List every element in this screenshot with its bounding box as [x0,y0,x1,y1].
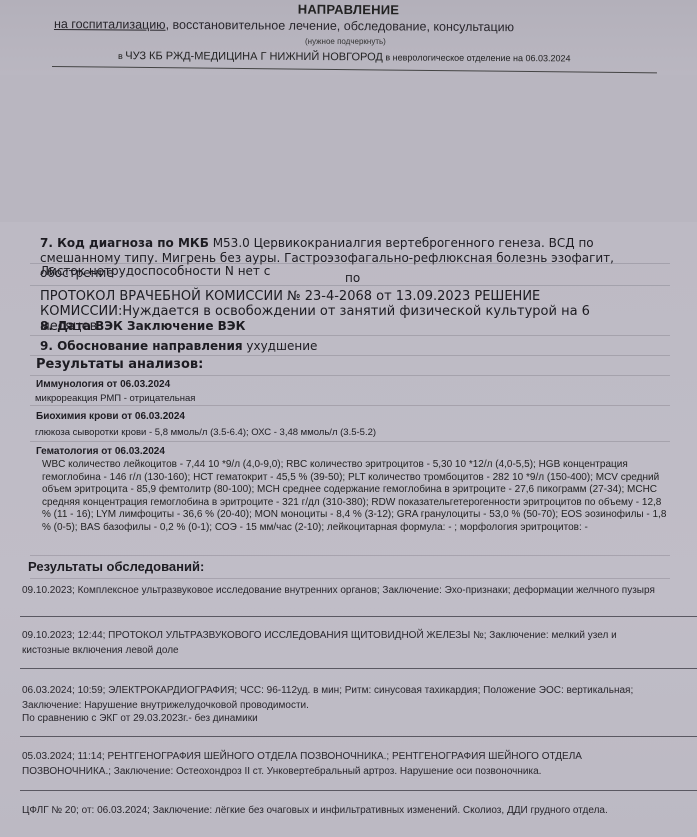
hematology-text: WBC количество лейкоцитов - 7,44 10 *9/л… [42,459,667,534]
hematology-title: Гематология от 06.03.2024 [36,446,165,457]
sick-leave-label: Листок нетрудоспособности N нет с [40,264,270,278]
exam-ecg: 06.03.2024; 10:59; ЭЛЕКТРОКАРДИОГРАФИЯ; … [22,683,662,713]
sick-leave-to: по [345,271,360,285]
biochemistry-title: Биохимия крови от 06.03.2024 [36,411,185,422]
analyses-heading: Результаты анализов: [36,357,203,372]
divider [30,335,670,336]
section-9-reason: 9. Обоснование направления ухудшение [40,339,317,353]
sick-leave: Листок нетрудоспособности N нет спо [40,264,270,278]
redacted-area [20,76,680,221]
purpose-rest: , восстановительное лечение, обследовани… [166,18,515,34]
exam-ecg-comparison: По сравнению с ЭКГ от 29.03.2023г.- без … [22,711,662,726]
header-area: НАПРАВЛЕНИЕ на госпитализацию, восстанов… [0,0,697,75]
divider [30,375,670,376]
destination: в ЧУЗ КБ РЖД-МЕДИЦИНА Г НИЖНИЙ НОВГОРОД … [118,50,571,64]
section-7-label: 7. Код диагноза по МКБ [40,236,209,250]
exam-fluorography: ЦФЛГ № 20; от: 06.03.2024; Заключение: л… [22,803,662,818]
divider [30,555,670,556]
immunology-text: микрореакция РМП - отрицательная [35,393,195,404]
divider [20,616,697,617]
section-9-value: ухудшение [243,339,318,353]
divider [30,355,670,356]
exam-ultrasound-thyroid: 09.10.2023; 12:44; ПРОТОКОЛ УЛЬТРАЗВУКОВ… [22,628,662,658]
biochemistry-text: глюкоза сыворотки крови - 5,8 ммоль/л (3… [35,427,376,438]
divider [20,668,697,669]
examinations-heading: Результаты обследований: [28,559,204,574]
divider [20,790,697,791]
divider [30,578,670,579]
purpose-underlined: на госпитализацию [54,17,166,32]
divider [30,285,670,286]
divider [52,66,657,73]
section-8-vek: 8. Дата ВЭК Заключение ВЭК [40,319,245,333]
exam-xray-cervical: 05.03.2024; 11:14; РЕНТГЕНОГРАФИЯ ШЕЙНОГ… [22,749,662,779]
exam-ultrasound-organs: 09.10.2023; Комплексное ультразвуковое и… [22,583,662,598]
divider [20,736,697,737]
divider [30,441,670,442]
side-barcode-text [669,225,677,285]
destination-org: ЧУЗ КБ РЖД-МЕДИЦИНА Г НИЖНИЙ НОВГОРОД [125,50,383,63]
divider [30,405,670,406]
destination-suffix: в неврологическое отделение на 06.03.202… [383,52,571,63]
referral-purpose: на госпитализацию, восстановительное леч… [54,17,514,34]
section-9-label: 9. Обоснование направления [40,339,243,353]
underline-hint: (нужное подчеркнуть) [305,37,386,46]
immunology-title: Иммунология от 06.03.2024 [36,379,170,390]
